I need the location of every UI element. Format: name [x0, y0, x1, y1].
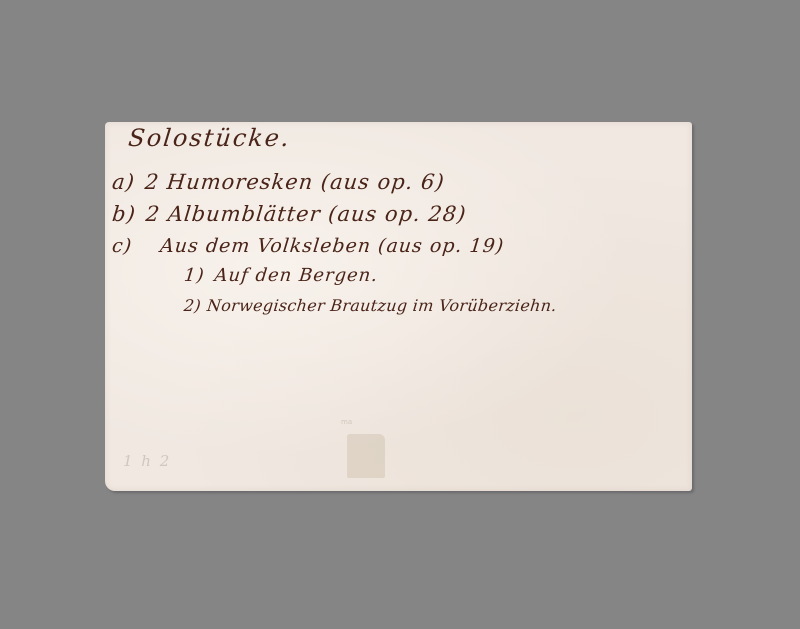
sub-item-2: 2)Norwegischer Brautzug im Vorüberziehn. — [183, 296, 558, 315]
card-title: Solostücke. — [127, 124, 292, 152]
sub-item-text: Auf den Bergen. — [213, 265, 379, 286]
manuscript-card: Solostücke. a)2 Humoresken (aus op. 6) b… — [105, 122, 692, 491]
sub-item-1: 1)Auf den Bergen. — [183, 265, 379, 286]
pencil-mark-bottom-left: 1 h 2 — [123, 452, 171, 470]
sub-list-marker: 1) — [183, 265, 206, 286]
list-marker: c) — [111, 235, 133, 257]
list-item-text: 2 Humoresken (aus op. 6) — [144, 170, 446, 194]
list-item-text: Aus dem Volksleben (aus op. 19) — [159, 235, 505, 257]
list-item-c: c)Aus dem Volksleben (aus op. 19) — [111, 235, 505, 257]
list-marker: b) — [111, 202, 137, 226]
paper-stain — [347, 434, 385, 478]
list-marker: a) — [111, 170, 136, 194]
list-item-b: b)2 Albumblätter (aus op. 28) — [111, 202, 468, 226]
pencil-mark-center: ma — [341, 418, 352, 426]
list-item-text: 2 Albumblätter (aus op. 28) — [145, 202, 468, 226]
sub-list-marker: 2) — [183, 296, 202, 315]
sub-item-text: Norwegischer Brautzug im Vorüberziehn. — [206, 296, 558, 315]
list-item-a: a)2 Humoresken (aus op. 6) — [111, 170, 446, 194]
